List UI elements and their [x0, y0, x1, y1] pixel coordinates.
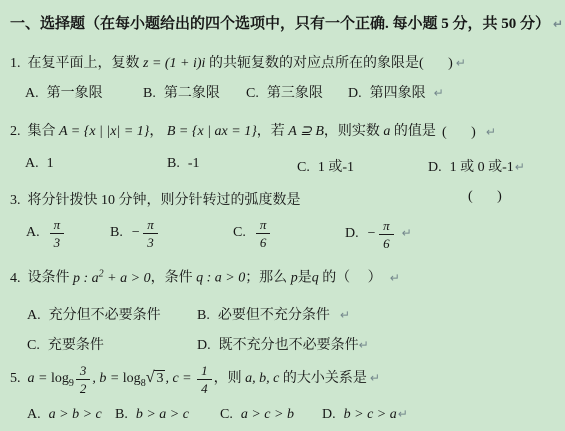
question-5-option-b: B.b > a > c: [115, 407, 189, 423]
variable-q: q: [312, 271, 319, 286]
question-1-formula: z = (1 + i)i: [143, 56, 205, 71]
question-2-stem: 2.集合 A = {x | |x| = 1}， B = {x | ax = 1}…: [10, 121, 565, 143]
question-4-text-post: 的（ ）: [319, 271, 382, 286]
paragraph-mark: ↵: [359, 338, 369, 352]
paragraph-mark: ↵: [398, 407, 408, 421]
question-5-def-c: c =: [172, 371, 195, 386]
question-1-option-a: A.第一象限: [25, 82, 103, 102]
question-4-condition-q: q : a > 0: [196, 271, 245, 286]
question-1-option-d: D.第四象限↵: [348, 82, 444, 102]
paragraph-mark: ↵: [515, 160, 525, 174]
section-title-text: 一、选择题（在每小题给出的四个选项中，只有一个正确. 每小题 5 分，共 50 …: [10, 16, 550, 32]
question-5-option-d: D.b > c > a↵: [322, 407, 408, 423]
question-3-answer-bracket: ( ): [468, 189, 502, 205]
question-5-number: 5.: [10, 371, 21, 386]
fraction-pi-over-6: π6: [256, 217, 271, 249]
question-4-options-row-1: A.充分但不必要条件 B.必要但不充分条件↵: [0, 304, 565, 324]
question-5-stem: 5.a = log932, b = log8√3, c = 14，则 a, b,…: [10, 357, 565, 399]
question-1-option-c: C.第三象限: [246, 82, 323, 102]
question-1-stem: 1.在复平面上，复数 z = (1 + i)i 的共轭复数的对应点所在的象限是(…: [10, 52, 565, 72]
radicand-3: 3: [154, 370, 165, 386]
question-2-text-pre: 集合: [28, 124, 60, 139]
question-4-option-c: C.充要条件: [27, 334, 104, 354]
question-2-superset-relation: A ⊇ B: [288, 124, 324, 139]
question-2-option-d: D.1 或 0 或-1↵: [428, 156, 525, 176]
question-4-option-d: D.既不充分也不必要条件↵: [197, 334, 369, 354]
section-title: 一、选择题（在每小题给出的四个选项中，只有一个正确. 每小题 5 分，共 50 …: [10, 12, 565, 33]
question-1-text-pre: 在复平面上，复数: [28, 56, 144, 71]
paragraph-mark: ↵: [486, 125, 496, 139]
question-3-option-c: C.π6: [233, 216, 272, 250]
question-1-option-b: B.第二象限: [143, 82, 220, 102]
question-5-options: A.a > b > c B.b > a > c C.a > c > b D.b …: [0, 407, 565, 427]
question-2-option-a: A.1: [25, 156, 54, 172]
exam-page: 一、选择题（在每小题给出的四个选项中，只有一个正确. 每小题 5 分，共 50 …: [0, 0, 565, 431]
fraction-1-over-4: 14: [197, 363, 212, 395]
log-symbol: log: [123, 371, 141, 386]
variables-abc: a, b, c: [245, 371, 279, 386]
paragraph-mark: ↵: [340, 308, 350, 322]
minus-sign: −: [367, 226, 376, 241]
minus-sign: −: [131, 225, 140, 240]
paragraph-mark: ↵: [553, 17, 563, 31]
question-2-option-c: C.1 或-1: [297, 156, 354, 176]
question-3-stem: 3.将分针拨快 10 分钟，则分针转过的弧度数是 ( ): [10, 189, 565, 209]
question-5-option-c: C.a > c > b: [220, 407, 294, 423]
question-1-text-post: 的共轭复数的对应点所在的象限是( ): [205, 56, 452, 71]
fraction-pi-over-3: π3: [50, 217, 65, 249]
fraction-pi-over-6: π6: [379, 218, 394, 250]
question-4-stem: 4.设条件 p : a2 + a > 0，条件 q : a > 0；那么 p是q…: [10, 262, 565, 291]
question-2-set-b: B = {x | ax = 1}: [167, 124, 257, 139]
question-4-option-a: A.充分但不必要条件: [27, 304, 161, 324]
log-symbol: log: [51, 371, 69, 386]
fraction-pi-over-3: π3: [143, 217, 158, 249]
question-3-option-a: A.π3: [26, 216, 66, 250]
question-5-def-b: b = log8: [99, 371, 145, 386]
question-5-text-post: 的大小关系是: [279, 371, 367, 386]
variable-p: p: [291, 271, 298, 286]
question-4-number: 4.: [10, 271, 21, 286]
question-5-option-a: A.a > b > c: [27, 407, 102, 423]
question-3-number: 3.: [10, 193, 21, 208]
question-3-options: A.π3 B.−π3 C.π6 D.−π6↵: [0, 216, 565, 250]
question-2-set-a: A = {x | |x| = 1}: [59, 124, 149, 139]
question-2-answer-bracket: ( )↵: [442, 121, 496, 144]
question-3-option-b: B.−π3: [110, 216, 160, 250]
paragraph-mark: ↵: [456, 56, 466, 70]
paragraph-mark: ↵: [434, 86, 444, 100]
question-4-option-b: B.必要但不充分条件↵: [197, 304, 350, 324]
question-5-text-mid: ，则: [214, 371, 246, 386]
question-5-def-a: a = log9: [28, 371, 74, 386]
question-3-text: 将分针拨快 10 分钟，则分针转过的弧度数是: [28, 193, 301, 208]
paragraph-mark: ↵: [402, 226, 412, 240]
question-2-number: 2.: [10, 124, 21, 139]
question-2-options: A.1 B.-1 C.1 或-1 D.1 或 0 或-1↵: [0, 156, 565, 176]
question-4-condition-p: p : a2 + a > 0: [73, 271, 151, 286]
question-2-text-post: 的值是: [390, 124, 436, 139]
question-3-option-d: D.−π6↵: [345, 216, 412, 251]
question-1-options: A.第一象限 B.第二象限 C.第三象限 D.第四象限↵: [0, 82, 565, 102]
paragraph-mark: ↵: [390, 271, 400, 285]
paragraph-mark: ↵: [370, 371, 380, 385]
log-base-9: 9: [69, 378, 74, 389]
question-1-number: 1.: [10, 56, 21, 71]
fraction-3-over-2: 32: [76, 363, 91, 395]
question-4-options-row-2: C.充要条件 D.既不充分也不必要条件↵: [0, 334, 565, 354]
question-4-text-pre: 设条件: [28, 271, 74, 286]
question-2-option-b: B.-1: [167, 156, 200, 172]
